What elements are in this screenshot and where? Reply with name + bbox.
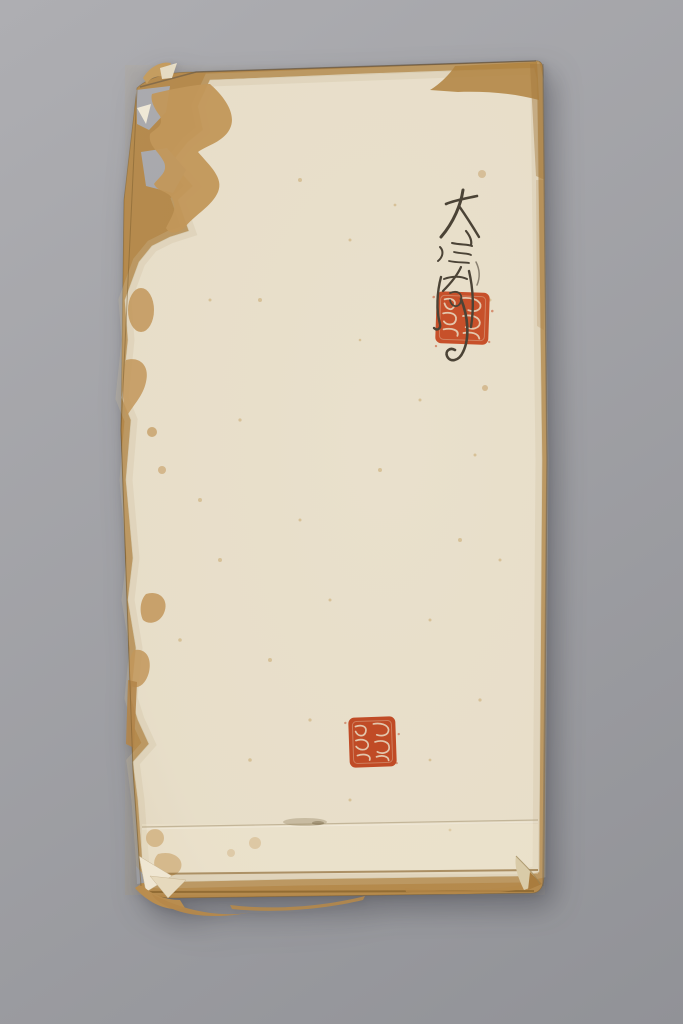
photo-of-album-cover: Photograph of the worn cream paper cover… [0,0,683,1024]
lower-seal [344,716,401,768]
bottom-crease [142,818,538,874]
album-photo-canvas [0,0,683,1024]
album-cover [121,61,547,916]
